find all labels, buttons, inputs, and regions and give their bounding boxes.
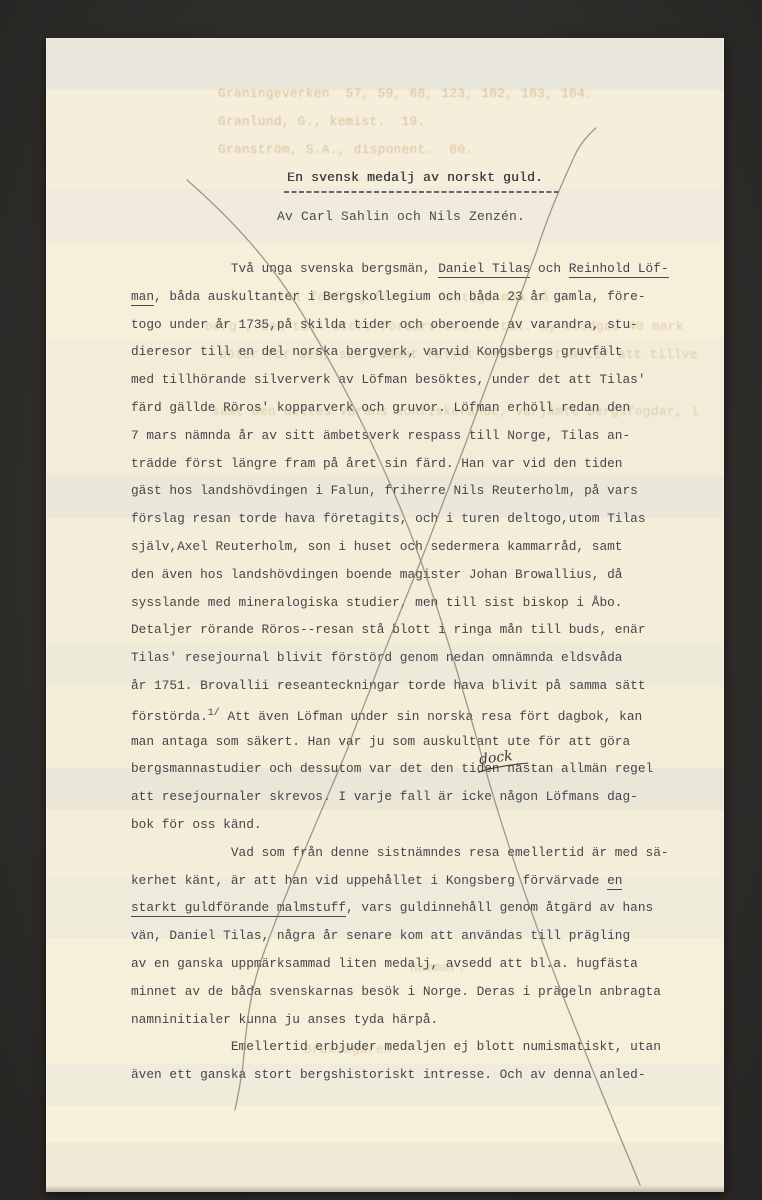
handwritten-annotation: dock (478, 748, 513, 768)
photo-background: Graningeverken 57, 59, 68, 123, 162, 163… (0, 0, 762, 1200)
text-line: bok för oss känd. (131, 811, 671, 839)
page-bottom-shadow (46, 1185, 724, 1192)
text-line: starkt guldförande malmstuff, vars guldi… (131, 894, 671, 922)
text-line: trädde först längre fram på året sin fär… (131, 450, 671, 478)
text-line: togo under år 1735,på skilda tider och o… (131, 311, 671, 339)
text-line: den även hos landshövdingen boende magis… (131, 561, 671, 589)
text-line: av en ganska uppmärksammad liten medalj,… (131, 950, 671, 978)
text-line: minnet av de båda svenskarnas besök i No… (131, 978, 671, 1006)
text-line: förslag resan torde hava företagits, och… (131, 505, 671, 533)
text-line: man, båda auskultanter i Bergskollegium … (131, 283, 671, 311)
text-line: år 1751. Brovallii reseanteckningar tord… (131, 672, 671, 700)
text-line: gäst hos landshövdingen i Falun, friherr… (131, 477, 671, 505)
text-line: Emellertid erbjuder medaljen ej blott nu… (131, 1033, 671, 1061)
page-title: En svensk medalj av norskt guld. (287, 170, 543, 185)
text-line: själv,Axel Reuterholm, son i huset och s… (131, 533, 671, 561)
text-line: Tilas' resejournal blivit förstörd genom… (131, 644, 671, 672)
byline: Av Carl Sahlin och Nils Zenzén. (277, 209, 525, 224)
text-line: färd gällde Röros' kopparverk och gruvor… (131, 394, 671, 422)
text-line: med tillhörande silververk av Löfman bes… (131, 366, 671, 394)
text-line: kerhet känt, är att han vid uppehållet i… (131, 867, 671, 895)
text-line: vän, Daniel Tilas, några år senare kom a… (131, 922, 671, 950)
text-line: även ett ganska stort bergshistoriskt in… (131, 1061, 671, 1089)
text-line: 7 mars nämnda år av sitt ämbetsverk resp… (131, 422, 671, 450)
title-underline (284, 191, 561, 193)
text-line: Detaljer rörande Röros--resan stå blott … (131, 616, 671, 644)
text-line: dieresor till en del norska bergverk, va… (131, 338, 671, 366)
text-line: förstörda.1/ Att även Löfman under sin n… (131, 700, 671, 728)
text-line: sysslande med mineralogiska studier, men… (131, 589, 671, 617)
bleed-through-text: Granström, S.A., disponent. 80. (218, 142, 473, 157)
text-line: man antaga som säkert. Han var ju som au… (131, 728, 671, 756)
text-line: att resejournaler skrevos. I varje fall … (131, 783, 671, 811)
document-page: Graningeverken 57, 59, 68, 123, 162, 163… (46, 38, 724, 1192)
text-line: namninitialer kunna ju anses tyda härpå. (131, 1006, 671, 1034)
text-line: bergsmannastudier och dessutom var det d… (131, 755, 671, 783)
text-line: Två unga svenska bergsmän, Daniel Tilas … (131, 255, 671, 283)
body-text: Två unga svenska bergsmän, Daniel Tilas … (131, 255, 671, 1089)
bleed-through-text: Graningeverken 57, 59, 68, 123, 162, 163… (218, 86, 593, 101)
text-line: Vad som från denne sistnämndes resa emel… (131, 839, 671, 867)
bleed-through-text: Granlund, G., kemist. 19. (218, 114, 425, 129)
